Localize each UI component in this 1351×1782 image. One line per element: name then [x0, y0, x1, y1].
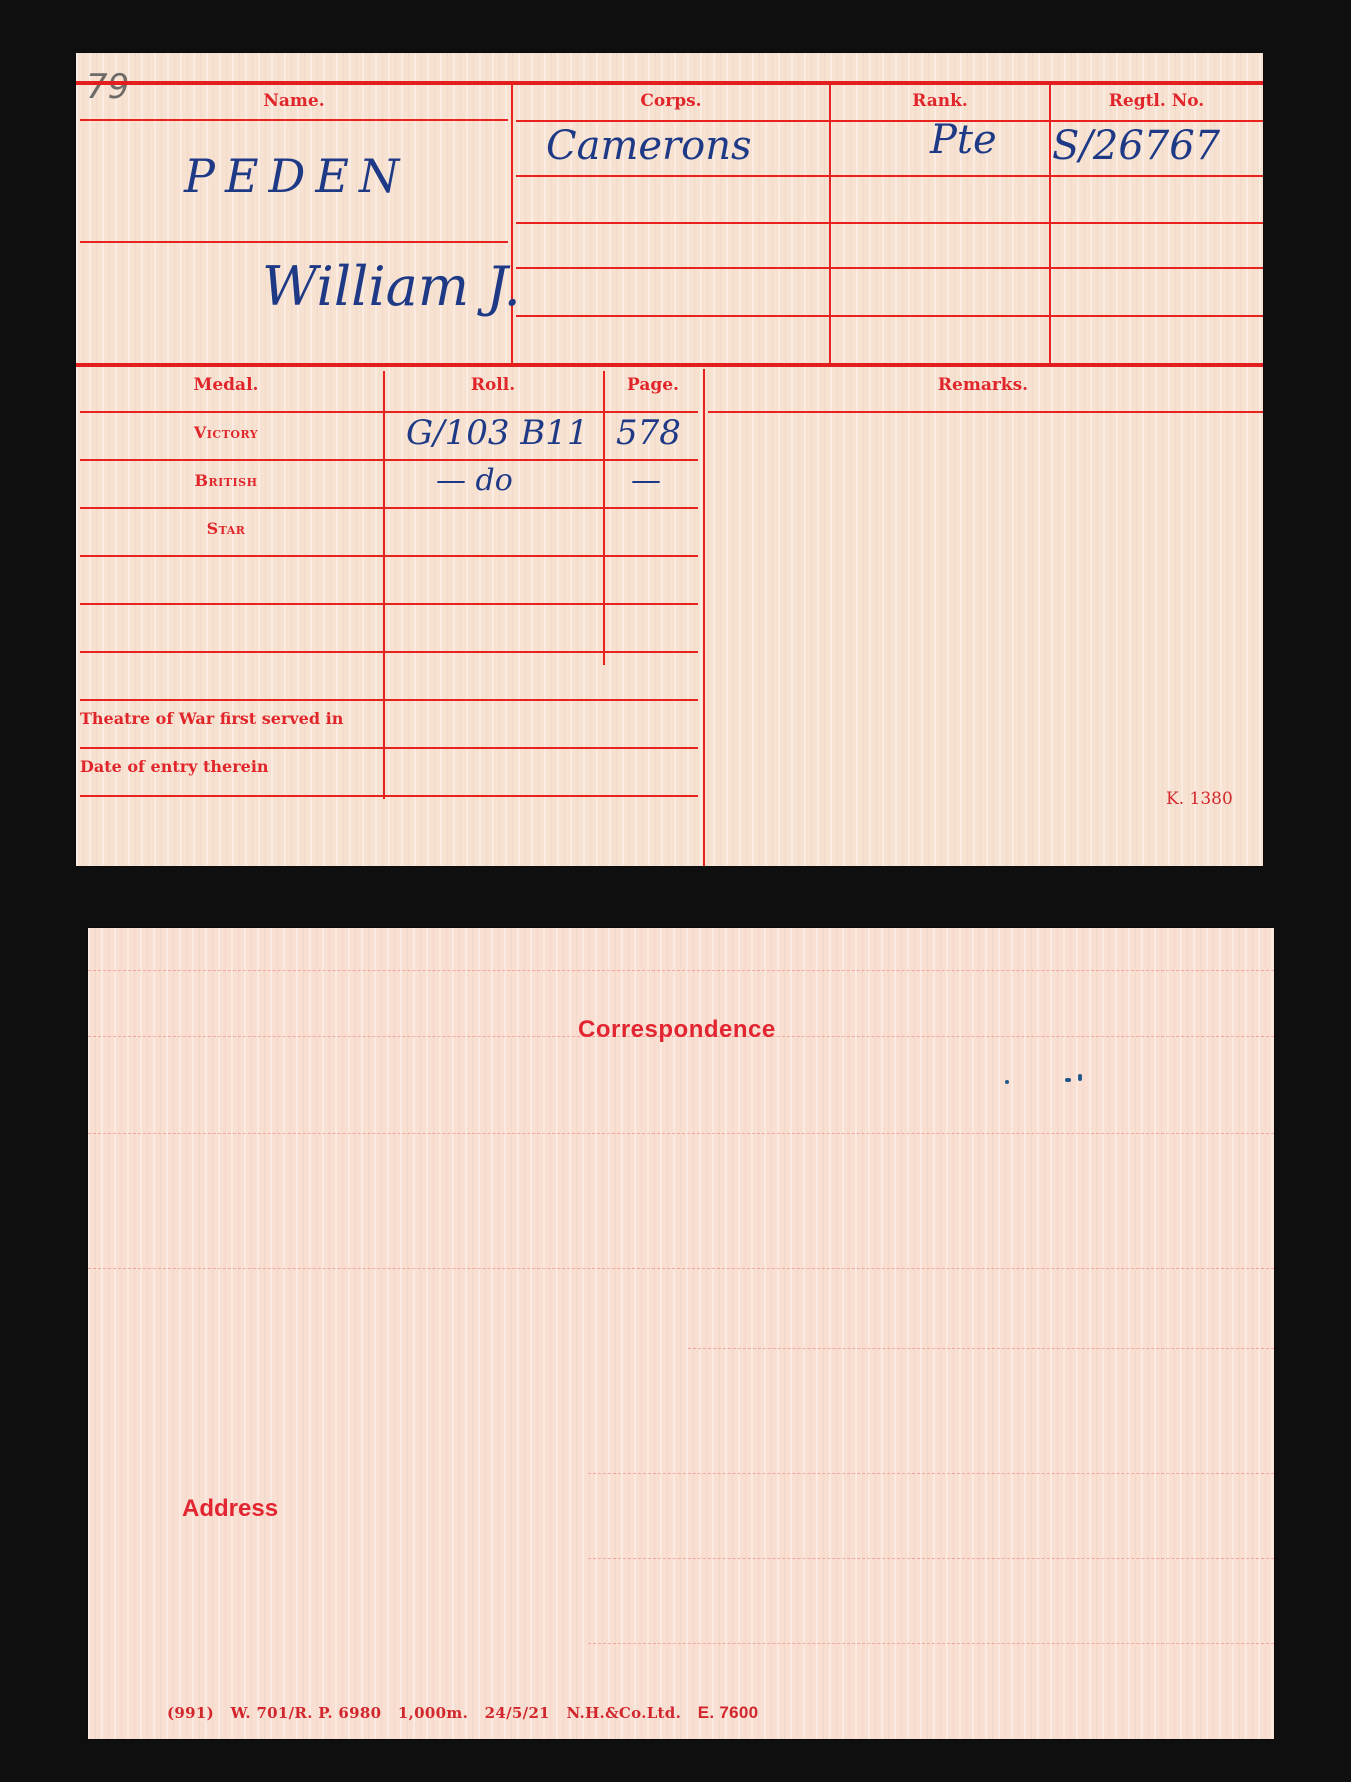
page-victory: 578 [616, 413, 681, 453]
section-rule [76, 363, 1263, 367]
faint-line [588, 1643, 1274, 1645]
theatre-rule [80, 699, 698, 701]
bottom-rule [80, 795, 698, 797]
surname-value: PEDEN [184, 149, 409, 203]
remarks-header: Remarks. [703, 375, 1263, 395]
medal-rule-5 [80, 603, 698, 605]
footer-printer: N.H.&Co.Ltd. [567, 1704, 682, 1722]
footer-ref: W. 701/R. P. 6980 [231, 1704, 382, 1722]
divider-rank-regtl [1049, 85, 1051, 363]
divider-name-corps [511, 85, 513, 363]
medal-header: Medal. [76, 375, 376, 395]
divider-medal-roll [383, 371, 385, 799]
date-label: Date of entry therein [80, 757, 269, 776]
row-rule-1 [516, 120, 1263, 122]
divider-corps-rank [829, 85, 831, 363]
corps-header: Corps. [512, 91, 830, 111]
page-header: Page. [603, 375, 703, 395]
theatre-label: Theatre of War first served in [80, 709, 343, 728]
name-rule-1 [80, 119, 508, 121]
medal-rule-1 [80, 411, 698, 413]
regtl-no-header: Regtl. No. [1050, 91, 1263, 111]
footer-number: E. 7600 [698, 1703, 759, 1722]
roll-victory: G/103 B11 [406, 413, 589, 453]
medal-index-card-back: Correspondence Address (991) W. 701/R. P… [88, 928, 1274, 1739]
row-rule-4 [516, 267, 1263, 269]
faint-line [588, 1558, 1274, 1560]
remarks-rule [708, 411, 1263, 413]
footer-code: (991) [167, 1704, 214, 1722]
row-rule-3 [516, 222, 1263, 224]
footer-date: 24/5/21 [485, 1704, 550, 1722]
faint-line [88, 1133, 1274, 1135]
footer-qty: 1,000m. [398, 1704, 468, 1722]
medal-rule-4 [80, 555, 698, 557]
medal-rule-6 [80, 651, 698, 653]
date-rule [80, 747, 698, 749]
medal-rule-2 [80, 459, 698, 461]
regtl-no-value: S/26767 [1052, 123, 1220, 169]
rank-header: Rank. [830, 91, 1050, 111]
medal-index-card-front: 79 Name. Corps. Rank. Regtl. No. PEDEN W… [76, 53, 1263, 866]
form-code: K. 1380 [1166, 789, 1233, 809]
faint-line [88, 1268, 1274, 1270]
medal-rule-3 [80, 507, 698, 509]
forenames-value: William J. [262, 255, 521, 318]
name-rule-2 [80, 241, 508, 243]
roll-header: Roll. [383, 375, 603, 395]
faint-line [588, 1473, 1274, 1475]
faint-line [88, 970, 1274, 972]
faint-line [688, 1348, 1274, 1350]
page-british: — [631, 463, 661, 498]
row-rule-2 [516, 175, 1263, 177]
divider-page-remarks [703, 369, 705, 866]
address-label: Address [182, 1495, 278, 1523]
rank-value: Pte [930, 117, 997, 163]
name-header: Name. [76, 91, 512, 111]
row-rule-5 [516, 315, 1263, 317]
medal-british: British [76, 471, 376, 490]
divider-roll-page [603, 371, 605, 665]
print-footer: (991) W. 701/R. P. 6980 1,000m. 24/5/21 … [167, 1703, 758, 1723]
roll-british: — do [436, 463, 513, 498]
ink-speck [1065, 1078, 1071, 1082]
medal-victory: Victory [76, 423, 376, 442]
ink-speck [1005, 1080, 1009, 1084]
ink-speck [1078, 1074, 1082, 1081]
correspondence-heading: Correspondence [578, 1016, 776, 1044]
top-rule [76, 81, 1263, 85]
corps-value: Camerons [546, 123, 752, 169]
medal-star: Star [76, 519, 376, 538]
